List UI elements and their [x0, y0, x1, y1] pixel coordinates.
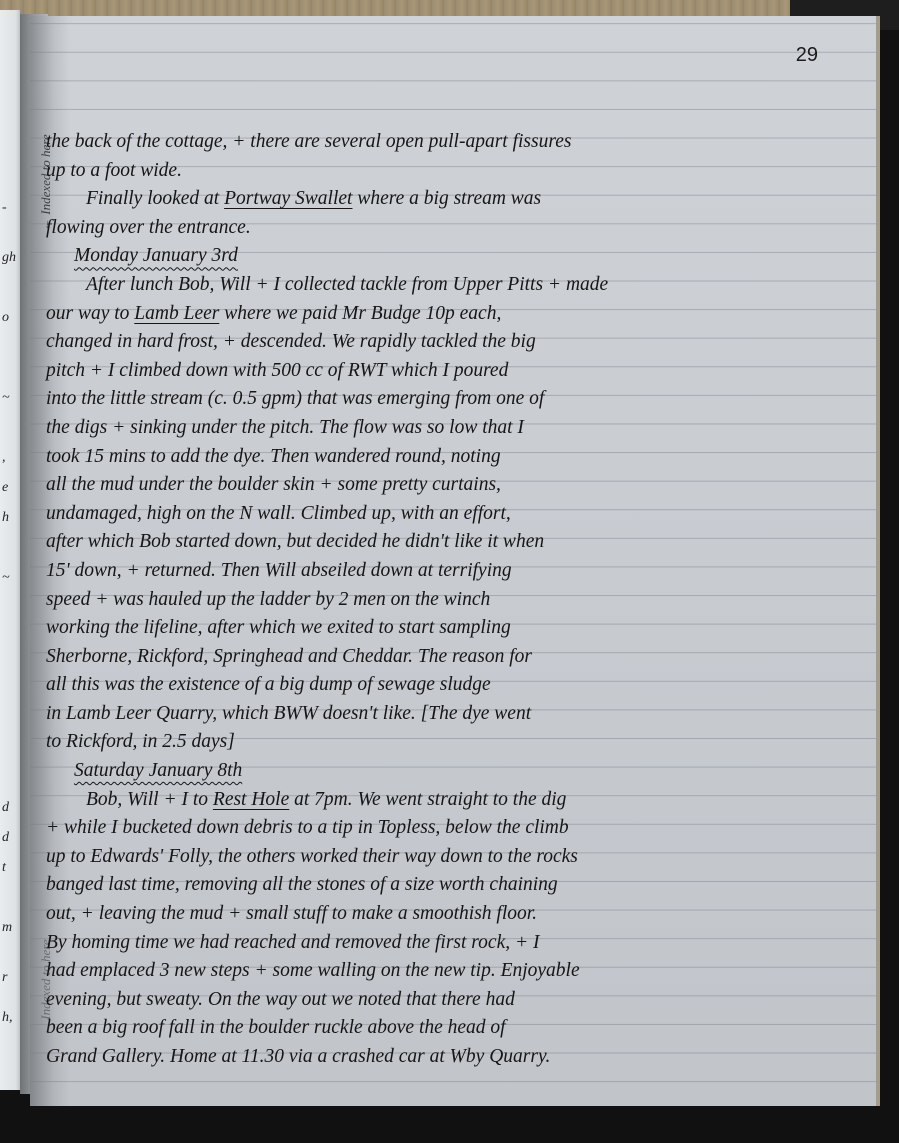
- text-line: the digs + sinking under the pitch. The …: [46, 414, 861, 443]
- margin-fragment: o: [2, 310, 9, 326]
- text-line: Grand Gallery. Home at 11.30 via a crash…: [46, 1043, 861, 1072]
- text-line: the back of the cottage, + there are sev…: [46, 128, 861, 157]
- text-line: evening, but sweaty. On the way out we n…: [46, 986, 861, 1015]
- text-line: Sherborne, Rickford, Springhead and Ched…: [46, 643, 861, 672]
- text-line: changed in hard frost, + descended. We r…: [46, 328, 861, 357]
- journal-text: the back of the cottage, + there are sev…: [46, 128, 861, 1072]
- margin-fragment: ~: [2, 390, 10, 406]
- entry-body: After lunch Bob, Will + I collected tack…: [46, 271, 861, 757]
- previous-page-fragments: -gho~,eh~ddtmrh,: [0, 10, 20, 1090]
- text-line: into the little stream (c. 0.5 gpm) that…: [46, 385, 861, 414]
- place-name: Portway Swallet: [224, 188, 352, 209]
- text-line: By homing time we had reached and remove…: [46, 929, 861, 958]
- text-line: after which Bob started down, but decide…: [46, 528, 861, 557]
- text-line: out, + leaving the mud + small stuff to …: [46, 900, 861, 929]
- margin-fragment: ,: [2, 450, 6, 466]
- place-name: Rest Hole: [213, 789, 289, 810]
- entry-heading: Saturday January 8th: [46, 757, 861, 786]
- margin-fragment: e: [2, 480, 8, 496]
- page-number: 29: [796, 44, 818, 67]
- margin-fragment: t: [2, 860, 6, 876]
- margin-fragment: m: [2, 920, 12, 936]
- margin-fragment: r: [2, 970, 7, 986]
- text-line: up to Edwards' Folly, the others worked …: [46, 843, 861, 872]
- text-line: to Rickford, in 2.5 days]: [46, 728, 861, 757]
- text-line: Bob, Will + I to Rest Hole at 7pm. We we…: [46, 786, 861, 815]
- text-line: banged last time, removing all the stone…: [46, 871, 861, 900]
- text-line: 15' down, + returned. Then Will abseiled…: [46, 557, 861, 586]
- text-line: flowing over the entrance.: [46, 214, 861, 243]
- text-line: had emplaced 3 new steps + some walling …: [46, 957, 861, 986]
- margin-fragment: d: [2, 800, 9, 816]
- text-line: in Lamb Leer Quarry, which BWW doesn't l…: [46, 700, 861, 729]
- margin-fragment: gh: [2, 250, 16, 266]
- margin-fragment: ~: [2, 570, 10, 586]
- text-line: + while I bucketed down debris to a tip …: [46, 814, 861, 843]
- notebook-photo: -gho~,eh~ddtmrh, 29 ← Indexed to here ← …: [0, 0, 899, 1143]
- entry-body: Bob, Will + I to Rest Hole at 7pm. We we…: [46, 786, 861, 1072]
- text-line: been a big roof fall in the boulder ruck…: [46, 1014, 861, 1043]
- text-line: all the mud under the boulder skin + som…: [46, 471, 861, 500]
- notebook-page: 29 ← Indexed to here ← Indexed to here t…: [30, 16, 880, 1106]
- entry-heading: Monday January 3rd: [46, 242, 861, 271]
- text-line: all this was the existence of a big dump…: [46, 671, 861, 700]
- text-line: our way to Lamb Leer where we paid Mr Bu…: [46, 300, 861, 329]
- margin-fragment: h,: [2, 1010, 13, 1026]
- text-line: Finally looked at Portway Swallet where …: [46, 185, 861, 214]
- text-line: up to a foot wide.: [46, 157, 861, 186]
- margin-fragment: -: [2, 200, 7, 216]
- text-line: took 15 mins to add the dye. Then wander…: [46, 443, 861, 472]
- text-line: working the lifeline, after which we exi…: [46, 614, 861, 643]
- text-line: pitch + I climbed down with 500 cc of RW…: [46, 357, 861, 386]
- text-line: After lunch Bob, Will + I collected tack…: [46, 271, 861, 300]
- text-line: undamaged, high on the N wall. Climbed u…: [46, 500, 861, 529]
- text-line: speed + was hauled up the ladder by 2 me…: [46, 586, 861, 615]
- margin-fragment: d: [2, 830, 9, 846]
- place-name: Lamb Leer: [134, 303, 219, 324]
- margin-fragment: h: [2, 510, 9, 526]
